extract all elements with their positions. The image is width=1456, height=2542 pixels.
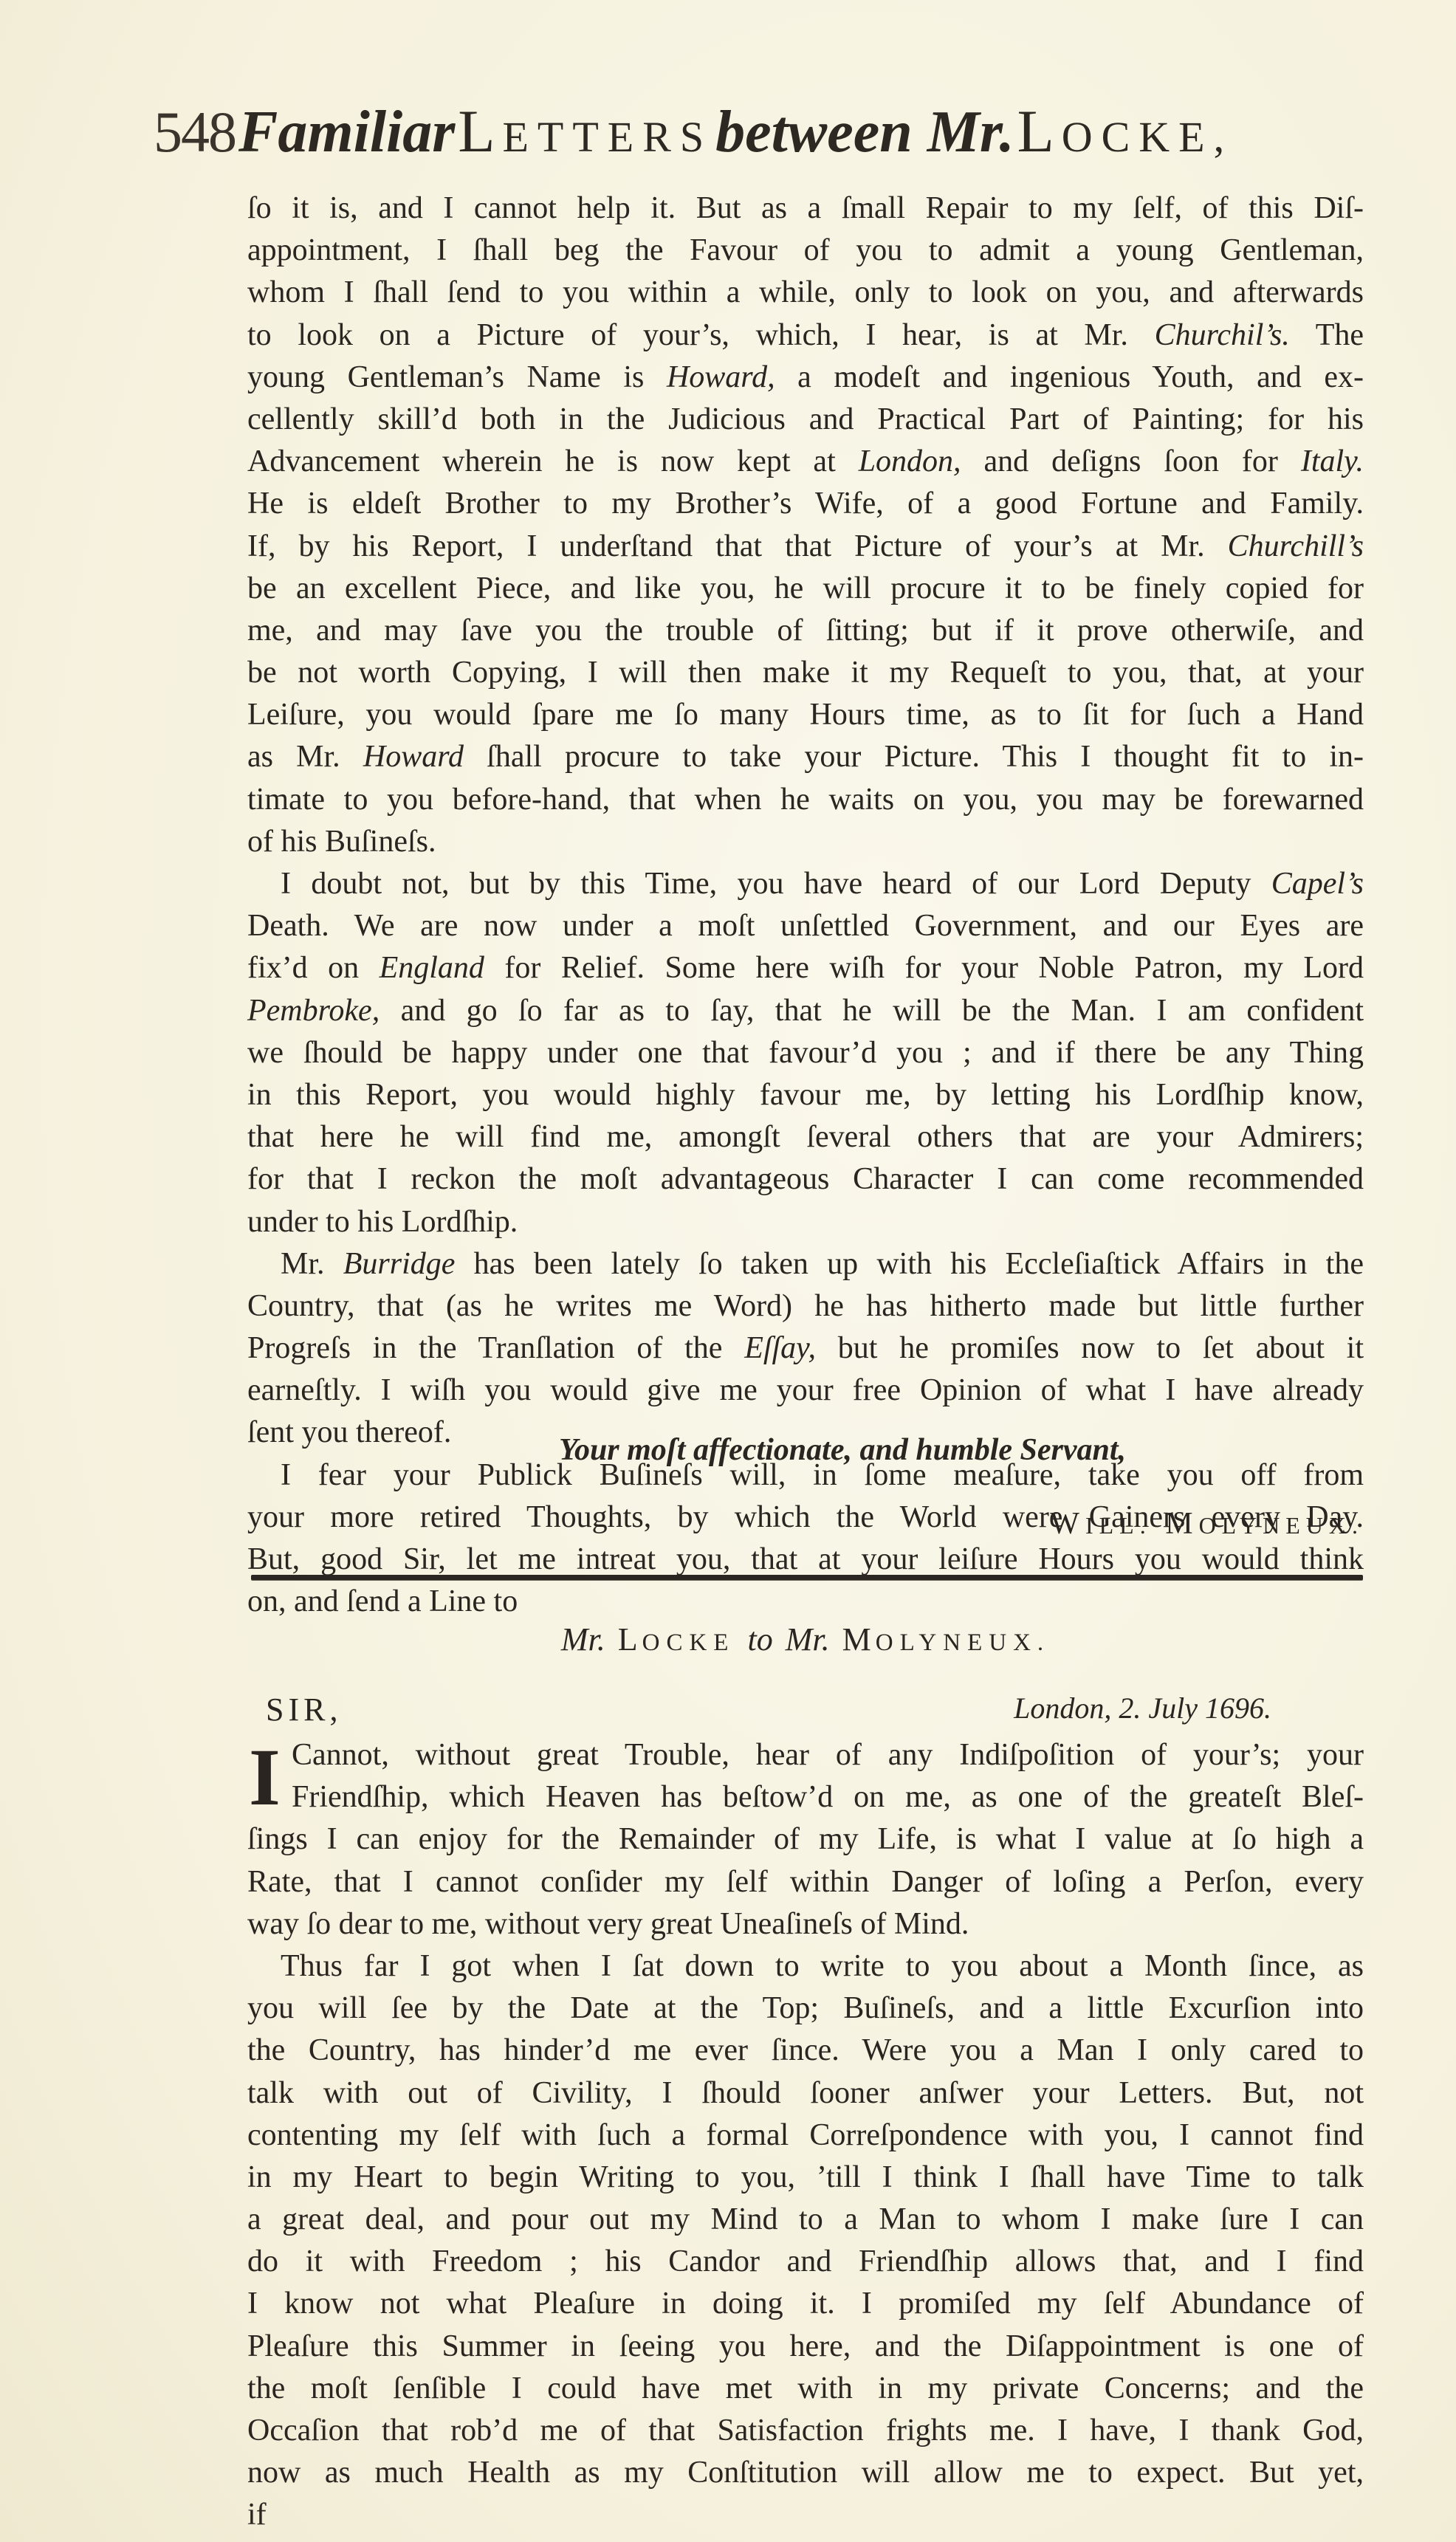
- text-run: appointment, I ſhall beg the Favour of y…: [247, 233, 1364, 267]
- italic-run: Churchill’s: [1228, 529, 1364, 563]
- signature-olyneux: OLYNEUX.: [1199, 1512, 1364, 1539]
- text-run: a modeſt and ingenious Youth, and ex-: [775, 360, 1364, 394]
- dateline: London, 2. July 1696.: [1014, 1691, 1271, 1725]
- text-line: under to his Lordſhip.: [247, 1201, 1364, 1243]
- text-line: Pembroke, and go ſo far as to ſay, that …: [247, 990, 1364, 1032]
- text-run: Mr.: [281, 1247, 343, 1281]
- text-run: Progreſs in the Tranſlation of the: [247, 1331, 744, 1365]
- running-head-letters: LETTERS: [458, 97, 712, 165]
- text-run: but he promiſes now to ſet about it: [816, 1331, 1364, 1365]
- text-run: contenting my ſelf with ſuch a formal Co…: [247, 2118, 1364, 2152]
- section-divider-rule: [251, 1575, 1363, 1580]
- text-run: Death. We are now under a moſt unſettled…: [247, 909, 1364, 943]
- salutation-row: SIR, London, 2. July 1696.: [247, 1691, 1364, 1735]
- text-line: the Country, has hinder’d me ever ſince.…: [247, 2030, 1364, 2072]
- italic-run: London,: [859, 444, 961, 478]
- text-line: be an excellent Piece, and like you, he …: [247, 568, 1364, 610]
- running-head-locke-initial: L: [1017, 97, 1062, 165]
- running-head-letters-rest: ETTERS: [503, 113, 713, 161]
- text-run: and deſigns ſoon for: [961, 444, 1301, 478]
- text-line: as Mr. Howard ſhall procure to take your…: [247, 736, 1364, 778]
- text-line: I know not what Pleaſure in doing it. I …: [247, 2283, 1364, 2325]
- running-head-locke-rest: OCKE,: [1062, 113, 1233, 161]
- running-head-letters-initial: L: [458, 97, 502, 165]
- valediction: Your moſt affectionate, and humble Serva…: [247, 1432, 1364, 1468]
- text-line: Death. We are now under a moſt unſettled…: [247, 905, 1364, 947]
- text-line: Thus far I got when I ſat down to write …: [247, 1945, 1364, 1988]
- text-run: ſings I can enjoy for the Remainder of m…: [247, 1822, 1364, 1856]
- text-run: I doubt not, but by this Time, you have …: [281, 867, 1271, 901]
- text-line: to look on a Picture of your’s, which, I…: [247, 315, 1364, 357]
- text-run: of his Buſineſs.: [247, 825, 436, 859]
- text-line: appointment, I ſhall beg the Favour of y…: [247, 230, 1364, 272]
- text-run: Friendſhip, which Heaven has beſtow’d on…: [292, 1780, 1364, 1814]
- text-run: Rate, that I cannot conſider my ſelf wit…: [247, 1865, 1364, 1899]
- heading-mr-1: Mr.: [561, 1621, 605, 1658]
- running-head-locke: LOCKE,: [1017, 97, 1233, 165]
- text-line: Friendſhip, which Heaven has beſtow’d on…: [247, 1776, 1364, 1818]
- text-line: that here he will find me, amongſt ſever…: [247, 1116, 1364, 1158]
- text-run: do it with Freedom ; his Candor and Frie…: [247, 2244, 1364, 2278]
- catchword: if: [247, 2494, 1364, 2536]
- text-run: Advancement wherein he is now kept at: [247, 444, 859, 478]
- text-line: in this Report, you would highly favour …: [247, 1074, 1364, 1116]
- text-line: way ſo dear to me, without very great Un…: [247, 1903, 1364, 1945]
- text-run: a great deal, and pour out my Mind to a …: [247, 2202, 1364, 2236]
- text-line: Mr. Burridge has been lately ſo taken up…: [247, 1243, 1364, 1285]
- heading-molyneux-initial: M: [842, 1621, 876, 1658]
- text-run: fix’d on: [247, 951, 380, 985]
- text-line: you will ſee by the Date at the Top; Buſ…: [247, 1988, 1364, 2030]
- text-run: Cannot, without great Trouble, hear of a…: [292, 1738, 1364, 1772]
- text-run: Country, that (as he writes me Word) he …: [247, 1289, 1364, 1323]
- italic-run: Pembroke,: [247, 994, 380, 1028]
- signature-ill: ILL.: [1085, 1512, 1152, 1539]
- text-run: we ſhould be happy under one that favour…: [247, 1036, 1364, 1070]
- text-run: Leiſure, you would ſpare me ſo many Hour…: [247, 698, 1364, 732]
- text-line: in my Heart to begin Writing to you, ’ti…: [247, 2157, 1364, 2199]
- text-run: and go ſo far as to ſay, that he will be…: [380, 994, 1364, 1028]
- text-line: Pleaſure this Summer in ſeeing you here,…: [247, 2326, 1364, 2368]
- heading-molyneux: MOLYNEUX.: [842, 1621, 1051, 1658]
- text-run: as Mr.: [247, 740, 363, 774]
- text-line: timate to you before-hand, that when he …: [247, 779, 1364, 821]
- text-line: the moſt ſenſible I could have met with …: [247, 2368, 1364, 2410]
- running-head-between: between Mr.: [715, 100, 1014, 165]
- letter-2-body: Cannot, without great Trouble, hear of a…: [247, 1734, 1364, 2537]
- text-run: I know not what Pleaſure in doing it. I …: [247, 2287, 1364, 2321]
- text-line: young Gentleman’s Name is Howard, a mode…: [247, 357, 1364, 399]
- italic-run: Churchil’s.: [1155, 318, 1290, 352]
- text-run: that here he will find me, amongſt ſever…: [247, 1120, 1364, 1154]
- signature-initial-m: M: [1165, 1507, 1198, 1541]
- text-run: young Gentleman’s Name is: [247, 360, 667, 394]
- text-run: timate to you before-hand, that when he …: [247, 783, 1364, 817]
- heading-molyneux-rest: OLYNEUX.: [876, 1629, 1050, 1656]
- text-line: If, by his Report, I underſtand that tha…: [247, 526, 1364, 568]
- heading-mr-2: Mr.: [786, 1621, 830, 1658]
- text-line: Leiſure, you would ſpare me ſo many Hour…: [247, 694, 1364, 736]
- signature-initial-w: W: [1050, 1507, 1085, 1541]
- text-line: be not worth Copying, I will then make i…: [247, 652, 1364, 694]
- text-run: be an excellent Piece, and like you, he …: [247, 571, 1364, 605]
- text-line: Advancement wherein he is now kept at Lo…: [247, 441, 1364, 483]
- text-run: you will ſee by the Date at the Top; Buſ…: [247, 1991, 1364, 2025]
- text-run: in my Heart to begin Writing to you, ’ti…: [247, 2160, 1364, 2194]
- text-run: If, by his Report, I underſtand that tha…: [247, 529, 1228, 563]
- text-run: cellently skill’d both in the Judicious …: [247, 402, 1364, 436]
- text-run: for Relief. Some here wiſh for your Nobl…: [484, 951, 1364, 985]
- text-run: Occaſion that rob’d me of that Satisfact…: [247, 2414, 1364, 2447]
- text-line: Occaſion that rob’d me of that Satisfact…: [247, 2410, 1364, 2452]
- heading-locke: LOCKE: [618, 1621, 735, 1658]
- text-line: me, and may ſave you the trouble of ſitt…: [247, 610, 1364, 652]
- text-run: way ſo dear to me, without very great Un…: [247, 1907, 969, 1941]
- italic-run: England: [380, 951, 484, 985]
- running-head-familiar: Familiar: [238, 100, 455, 165]
- text-run: talk with out of Civility, I ſhould ſoon…: [247, 2076, 1364, 2110]
- italic-run: Burridge: [343, 1247, 456, 1281]
- italic-run: Howard,: [667, 360, 775, 394]
- text-line: Rate, that I cannot conſider my ſelf wit…: [247, 1861, 1364, 1903]
- text-run: ſo it is, and I cannot help it. But as a…: [247, 191, 1364, 225]
- text-line: fix’d on England for Relief. Some here w…: [247, 947, 1364, 989]
- text-line: Cannot, without great Trouble, hear of a…: [247, 1734, 1364, 1776]
- text-line: ſo it is, and I cannot help it. But as a…: [247, 188, 1364, 230]
- running-head: 548 Familiar LETTERS between Mr. LOCKE,: [154, 87, 1387, 176]
- text-run: whom I ſhall ſend to you within a while,…: [247, 275, 1364, 309]
- text-line: we ſhould be happy under one that favour…: [247, 1032, 1364, 1074]
- italic-run: Italy.: [1301, 444, 1364, 478]
- text-line: He is eldeſt Brother to my Brother’s Wif…: [247, 483, 1364, 525]
- text-line: on, and ſend a Line to: [247, 1581, 1364, 1623]
- text-line: I doubt not, but by this Time, you have …: [247, 863, 1364, 905]
- text-line: Progreſs in the Tranſlation of the Eſſay…: [247, 1327, 1364, 1370]
- text-line: a great deal, and pour out my Mind to a …: [247, 2199, 1364, 2241]
- text-run: Pleaſure this Summer in ſeeing you here,…: [247, 2329, 1364, 2363]
- heading-to: to: [747, 1621, 772, 1658]
- text-run: now as much Health as my Conſtitution wi…: [247, 2456, 1364, 2490]
- text-run: in this Report, you would highly favour …: [247, 1078, 1364, 1112]
- heading-locke-rest: OCKE: [642, 1629, 735, 1656]
- letter-2-heading: Mr. LOCKE to Mr. MOLYNEUX.: [247, 1621, 1364, 1658]
- text-line: do it with Freedom ; his Candor and Frie…: [247, 2241, 1364, 2283]
- text-run: ſhall procure to take your Picture. This…: [464, 740, 1364, 774]
- text-run: the Country, has hinder’d me ever ſince.…: [247, 2033, 1364, 2067]
- salutation: SIR,: [266, 1691, 342, 1728]
- text-run: has been lately ſo taken up with his Ecc…: [455, 1247, 1364, 1281]
- text-line: Country, that (as he writes me Word) he …: [247, 1285, 1364, 1327]
- text-line: now as much Health as my Conſtitution wi…: [247, 2452, 1364, 2494]
- text-run: He is eldeſt Brother to my Brother’s Wif…: [247, 487, 1364, 521]
- book-page: 548 Familiar LETTERS between Mr. LOCKE, …: [0, 0, 1456, 2542]
- text-run: under to his Lordſhip.: [247, 1205, 518, 1239]
- text-run: Thus far I got when I ſat down to write …: [281, 1949, 1364, 1983]
- text-run: But, good Sir, let me intreat you, that …: [247, 1542, 1364, 1576]
- heading-locke-initial: L: [618, 1621, 642, 1658]
- text-line: of his Buſineſs.: [247, 821, 1364, 863]
- italic-run: Howard: [363, 740, 464, 774]
- text-line: whom I ſhall ſend to you within a while,…: [247, 272, 1364, 314]
- text-line: contenting my ſelf with ſuch a formal Co…: [247, 2115, 1364, 2157]
- signature: WILL. MOLYNEUX.: [247, 1506, 1364, 1542]
- text-run: the moſt ſenſible I could have met with …: [247, 2371, 1364, 2405]
- text-line: cellently skill’d both in the Judicious …: [247, 399, 1364, 441]
- text-line: talk with out of Civility, I ſhould ſoon…: [247, 2072, 1364, 2115]
- italic-run: Eſſay,: [744, 1331, 816, 1365]
- text-run: earneſtly. I wiſh you would give me your…: [247, 1373, 1364, 1407]
- text-line: earneſtly. I wiſh you would give me your…: [247, 1370, 1364, 1412]
- text-line: ſings I can enjoy for the Remainder of m…: [247, 1818, 1364, 1861]
- text-run: be not worth Copying, I will then make i…: [247, 656, 1364, 690]
- italic-run: Capel’s: [1271, 867, 1364, 901]
- text-run: The: [1290, 318, 1364, 352]
- page-number: 548: [154, 100, 236, 164]
- text-run: me, and may ſave you the trouble of ſitt…: [247, 614, 1364, 647]
- text-line: for that I reckon the moſt advantageous …: [247, 1158, 1364, 1200]
- text-run: for that I reckon the moſt advantageous …: [247, 1162, 1364, 1196]
- letter-1-body: ſo it is, and I cannot help it. But as a…: [247, 188, 1364, 1623]
- text-run: to look on a Picture of your’s, which, I…: [247, 318, 1155, 352]
- text-run: on, and ſend a Line to: [247, 1584, 518, 1618]
